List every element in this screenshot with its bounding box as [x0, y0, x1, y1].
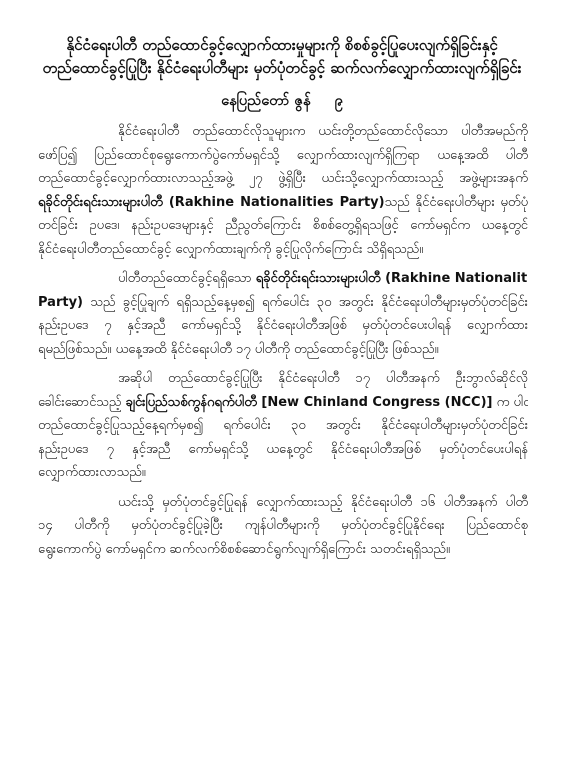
article-body: နိုင်ငံရေးပါတီ တည်ထောင်လိုသူများက ယင်းတိ…: [38, 120, 528, 567]
text-run: လျှောက်ထားလာသည်။: [38, 465, 146, 480]
party-name-rnp-cont: Party): [38, 295, 83, 310]
party-name-rnp: ရခိုင်တိုင်းရင်းသားများပါတီ (Rakhine Nat…: [256, 271, 528, 286]
headline: နိုင်ငံရေးပါတီ တည်ထောင်ခွင့်လျှောက်ထားမှ…: [20, 34, 544, 80]
text-run: က ပါတီ: [492, 395, 528, 410]
headline-line-2: တည်ထောင်ခွင့်ပြုပြီး နိုင်ငံရေးပါတီများ …: [20, 57, 544, 80]
dateline-day: ၉: [335, 93, 343, 109]
headline-line-1: နိုင်ငံရေးပါတီ တည်ထောင်ခွင့်လျှောက်ထားမှ…: [20, 34, 544, 57]
dateline-place: နေပြည်တော်: [221, 93, 289, 109]
text-run: ရမည်ဖြစ်သည်။ ယနေ့အထိ နိုင်ငံရေးပါတီ ၁၇ ပ…: [38, 342, 439, 357]
text-run: တည်ထောင်ခွင့်လျှောက်ထားလာသည့်အဖွဲ့ ၂၇ ဖွ…: [38, 171, 528, 186]
text-run: ယင်းသို့ မှတ်ပုံတင်ခွင့်ပြုရန် လျှောက်ထာ…: [118, 495, 528, 510]
paragraph-line: တည်ထောင်ခွင့်ပြုသည့်နေ့ရက်မှစ၍ ရက်ပေါင်း…: [38, 414, 528, 438]
text-run: နည်းဥပဒေ ၇ နှင့်အညီ ကော်မရှင်သို့ နိုင်င…: [38, 318, 528, 333]
paragraph-line: နည်းဥပဒေ ၇ နှင့်အညီ ကော်မရှင်သို့ နိုင်င…: [38, 314, 528, 338]
paragraph-3: အဆိုပါ တည်ထောင်ခွင့်ပြုပြီး နိုင်ငံရေးပါ…: [38, 367, 528, 485]
paragraph-line: လျှောက်ထားလာသည်။: [38, 461, 528, 485]
dateline: နေပြည်တော် ဇွန် ၉: [0, 90, 564, 112]
paragraph-4: ယင်းသို့ မှတ်ပုံတင်ခွင့်ပြုရန် လျှောက်ထာ…: [38, 491, 528, 562]
paragraph-line: ပါတီတည်ထောင်ခွင့်ရရှိသော ရခိုင်တိုင်းရင်…: [38, 267, 528, 291]
paragraph-line: ၁၄ ပါတီကို မှတ်ပုံတင်ခွင့်ပြုခဲ့ပြီး ကျန…: [38, 514, 528, 538]
paragraph-line: ဖော်ပြ၍ ပြည်ထောင်စုရွေးကောက်ပွဲကော်မရှင်…: [38, 144, 528, 168]
paragraph-line: ရွေးကောက်ပွဲ ကော်မရှင်က ဆက်လက်စိစစ်ဆောင်…: [38, 538, 528, 562]
dateline-month: ဇွန်: [294, 93, 310, 109]
paragraph-line: ယင်းသို့ မှတ်ပုံတင်ခွင့်ပြုရန် လျှောက်ထာ…: [38, 491, 528, 515]
text-run: အဆိုပါ တည်ထောင်ခွင့်ပြုပြီး နိုင်ငံရေးပါ…: [118, 371, 528, 386]
paragraph-1: နိုင်ငံရေးပါတီ တည်ထောင်လိုသူများက ယင်းတိ…: [38, 120, 528, 261]
party-name-ncc: ချင်းပြည်သစ်ကွန်ဂရက်ပါတီ [New Chinland C…: [126, 395, 493, 410]
paragraph-line: နည်းဥပဒေ ၇ နှင့်အညီ ကော်မရှင်သို့ ယနေ့တွ…: [38, 438, 528, 462]
paragraph-line: နိုင်ငံရေးပါတီ တည်ထောင်လိုသူများက ယင်းတိ…: [38, 120, 528, 144]
text-run: သည် နိုင်ငံရေးပါတီများ မှတ်ပုံ: [385, 195, 528, 210]
paragraph-line: ရမည်ဖြစ်သည်။ ယနေ့အထိ နိုင်ငံရေးပါတီ ၁၇ ပ…: [38, 338, 528, 362]
text-run: ခေါင်းဆောင်သည့်: [38, 395, 126, 410]
document-page: နိုင်ငံရေးပါတီ တည်ထောင်ခွင့်လျှောက်ထားမှ…: [0, 0, 564, 784]
text-run: ဖော်ပြ၍ ပြည်ထောင်စုရွေးကောက်ပွဲကော်မရှင်…: [38, 148, 528, 163]
paragraph-line: တည်ထောင်ခွင့်လျှောက်ထားလာသည့်အဖွဲ့ ၂၇ ဖွ…: [38, 167, 528, 191]
text-run: တည်ထောင်ခွင့်ပြုသည့်နေ့ရက်မှစ၍ ရက်ပေါင်း…: [38, 418, 528, 433]
paragraph-2: ပါတီတည်ထောင်ခွင့်ရရှိသော ရခိုင်တိုင်းရင်…: [38, 267, 528, 361]
paragraph-line: ခေါင်းဆောင်သည့် ချင်းပြည်သစ်ကွန်ဂရက်ပါတီ…: [38, 391, 528, 415]
text-run: တင်ခြင်း ဥပဒေ၊ နည်းဥပဒေများနှင့် ညီညွတ်က…: [38, 218, 528, 233]
paragraph-line: အဆိုပါ တည်ထောင်ခွင့်ပြုပြီး နိုင်ငံရေးပါ…: [38, 367, 528, 391]
paragraph-line: Party) သည် ခွင့်ပြုချက် ရရှိသည့်နေ့မှစ၍ …: [38, 291, 528, 315]
text-run: ၁၄ ပါတီကို မှတ်ပုံတင်ခွင့်ပြုခဲ့ပြီး ကျန…: [38, 518, 528, 533]
paragraph-line: တင်ခြင်း ဥပဒေ၊ နည်းဥပဒေများနှင့် ညီညွတ်က…: [38, 214, 528, 238]
text-run: နိုင်ငံရေးပါတီ တည်ထောင်လိုသူများက ယင်းတိ…: [118, 124, 528, 139]
text-run: သည် ခွင့်ပြုချက် ရရှိသည့်နေ့မှစ၍ ရက်ပေါင…: [83, 295, 528, 310]
paragraph-line: နိုင်ငံရေးပါတီတည်ထောင်ခွင့် လျှောက်ထားချ…: [38, 238, 528, 262]
text-run: နည်းဥပဒေ ၇ နှင့်အညီ ကော်မရှင်သို့ ယနေ့တွ…: [38, 442, 528, 457]
text-run: ပါတီတည်ထောင်ခွင့်ရရှိသော: [118, 271, 256, 286]
text-run: နိုင်ငံရေးပါတီတည်ထောင်ခွင့် လျှောက်ထားချ…: [38, 242, 423, 257]
text-run: ရွေးကောက်ပွဲ ကော်မရှင်က ဆက်လက်စိစစ်ဆောင်…: [38, 542, 450, 557]
paragraph-line: ရခိုင်တိုင်းရင်းသားများပါတီ (Rakhine Nat…: [38, 191, 528, 215]
party-name-rnp: ရခိုင်တိုင်းရင်းသားများပါတီ (Rakhine Nat…: [38, 195, 385, 210]
